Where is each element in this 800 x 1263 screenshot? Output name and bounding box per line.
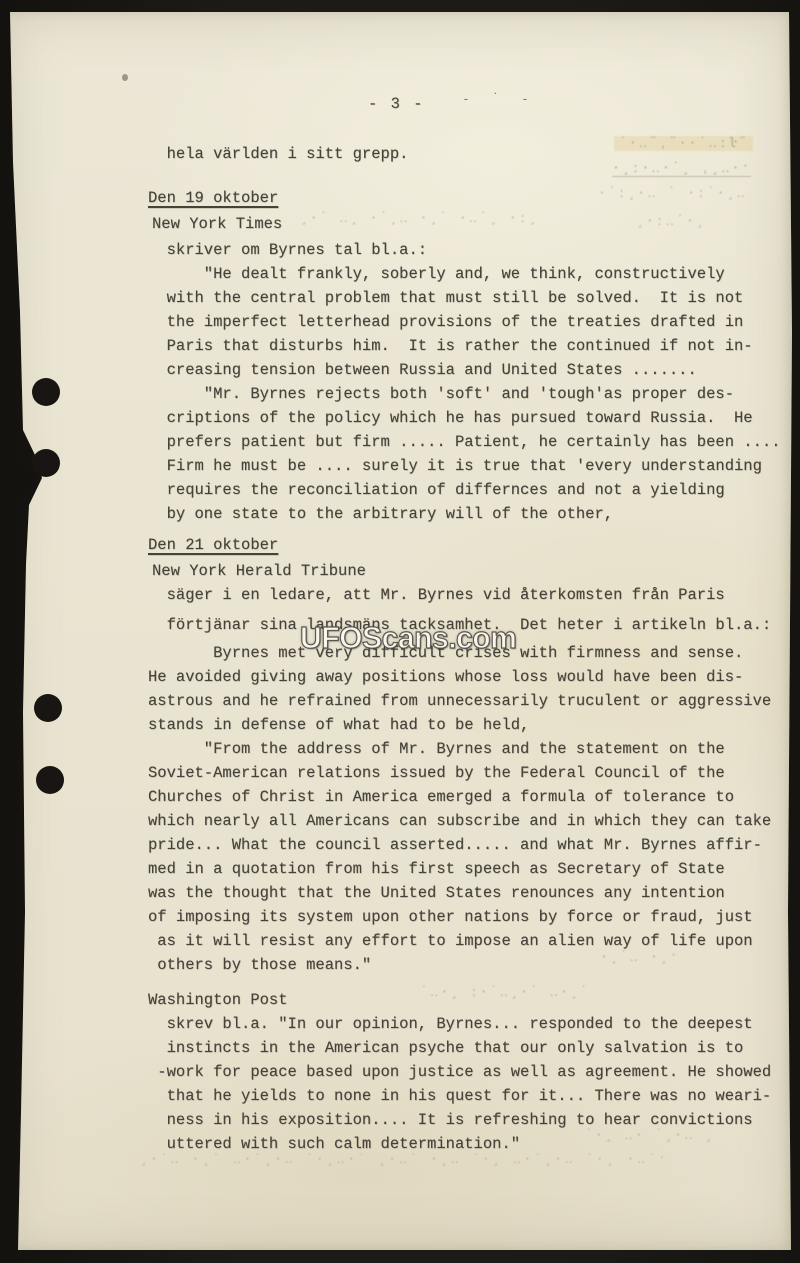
watermark: UFOScans.com — [300, 620, 516, 656]
hole-punch — [32, 378, 60, 406]
document-lines: - 3 - hela världen i sitt grepp.Den 19 o… — [8, 12, 792, 1156]
hole-punch — [32, 449, 60, 477]
text-line: prefers patient but firm ..... Patient, … — [148, 430, 792, 454]
text-line: which nearly all Americans can subscribe… — [148, 809, 792, 833]
text-line: with the central problem that must still… — [148, 286, 792, 310]
text-line: requires the reconciliation of differnce… — [148, 478, 792, 502]
date-heading: Den 19 oktober — [148, 186, 278, 210]
ghost-bleedthrough-text: ·˙ː¸·‥ ˙ ·ː˙·¸‥ — [598, 186, 747, 201]
text-line: skrev bl.a. "In our opinion, Byrnes... r… — [148, 1012, 792, 1036]
ghost-bleedthrough-text: ¸·˙‥ ·¸˙ ‥·˙¸·‥ ˙·¸‥·˙ ¸·‥˙ ·¸‥ ˙·¸ ‥·˙¸… — [140, 1152, 669, 1166]
page-number: - 3 - — [368, 92, 792, 116]
text-line: the imperfect letterhead provisions of t… — [148, 310, 792, 334]
text-line: creasing tension between Russia and Unit… — [148, 358, 792, 382]
text-line: astrous and he refrained from unnecessar… — [148, 689, 792, 713]
text-line: instincts in the American psyche that ou… — [148, 1036, 792, 1060]
text-line: of imposing its system upon other nation… — [148, 905, 792, 929]
text-line: med in a quotation from his first speech… — [148, 857, 792, 881]
ghost-bleedthrough-text: ˙·‥¨ˌ¨··˙‥ːŀ¨ — [614, 136, 753, 151]
hole-punch — [34, 694, 62, 722]
ghost-bleedthrough-text: - ˙ - — [462, 92, 531, 107]
ghost-bleedthrough-text: ¸·˙ ‥¸ ·˙¸‥ ·¸˙ ·‥˙¸ ·ː¸ — [300, 211, 538, 226]
newspaper-name: New York Herald Tribune — [152, 559, 792, 583]
text-line: skriver om Byrnes tal bl.a.: — [148, 238, 792, 262]
text-line: by one state to the arbitrary will of th… — [148, 502, 792, 526]
text-line: was the thought that the United States r… — [148, 881, 792, 905]
text-line: säger i en ledare, att Mr. Byrnes vid åt… — [148, 583, 792, 607]
text-line: He avoided giving away positions whose l… — [148, 665, 792, 689]
hole-punch — [36, 766, 64, 794]
text-line: Firm he must be .... surely it is true t… — [148, 454, 792, 478]
text-line: "He dealt frankly, soberly and, we think… — [148, 262, 792, 286]
text-line: Paris that disturbs him. It is rather th… — [148, 334, 792, 358]
paper-speck — [122, 74, 128, 81]
ghost-bleedthrough-text: ˙·¸ ‥· ˙¸·‥ ¸ — [585, 1128, 714, 1143]
text-line: Churches of Christ in America emerged a … — [148, 785, 792, 809]
ghost-bleedthrough-text: ·¸ː·‥·˙¸ ˌ¸‥·ˑ — [612, 161, 751, 177]
ghost-bleedthrough-text: ¸·ː‥˙·¸ — [636, 214, 706, 229]
text-line: others by those means." — [148, 953, 792, 977]
text-line: stands in defense of what had to be held… — [148, 713, 792, 737]
text-line: "From the address of Mr. Byrnes and the … — [148, 737, 792, 761]
text-line: pride... What the council asserted..... … — [148, 833, 792, 857]
date-heading: Den 21 oktober — [148, 533, 278, 557]
text-line: "Mr. Byrnes rejects both 'soft' and 'tou… — [148, 382, 792, 406]
text-line: criptions of the policy which he has pur… — [148, 406, 792, 430]
text-line: -work for peace based upon justice as we… — [148, 1060, 792, 1084]
text-line: that he yields to none in his quest for … — [148, 1084, 792, 1108]
ghost-bleedthrough-text: ·¸˙‥ ·¸ˑ — [600, 950, 679, 965]
ghost-bleedthrough-text: ˙‥·¸ ː·˙‥¸·˙ ‥·¸˙ — [420, 985, 590, 1000]
text-line: Soviet-American relations issued by the … — [148, 761, 792, 785]
text-line: as it will resist any effort to impose a… — [148, 929, 792, 953]
